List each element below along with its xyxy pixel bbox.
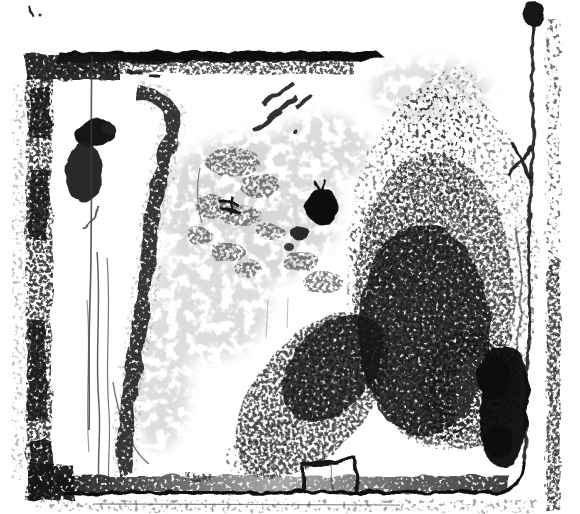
top-left-dot <box>39 14 42 17</box>
tiny-dark-mark <box>284 243 294 251</box>
artwork-canvas <box>0 0 580 514</box>
top-right-blob-stem <box>533 26 534 40</box>
right-outer-strip-dense <box>548 260 560 510</box>
bottom-band-bump <box>186 473 212 481</box>
bottom-outer-grunge <box>36 500 536 512</box>
left-outer-strip <box>12 84 24 480</box>
bottom-left-corner-blob <box>28 466 74 500</box>
monotype-print <box>0 0 580 514</box>
black-ink-blob <box>306 189 338 225</box>
small-dark-mark <box>290 227 308 239</box>
